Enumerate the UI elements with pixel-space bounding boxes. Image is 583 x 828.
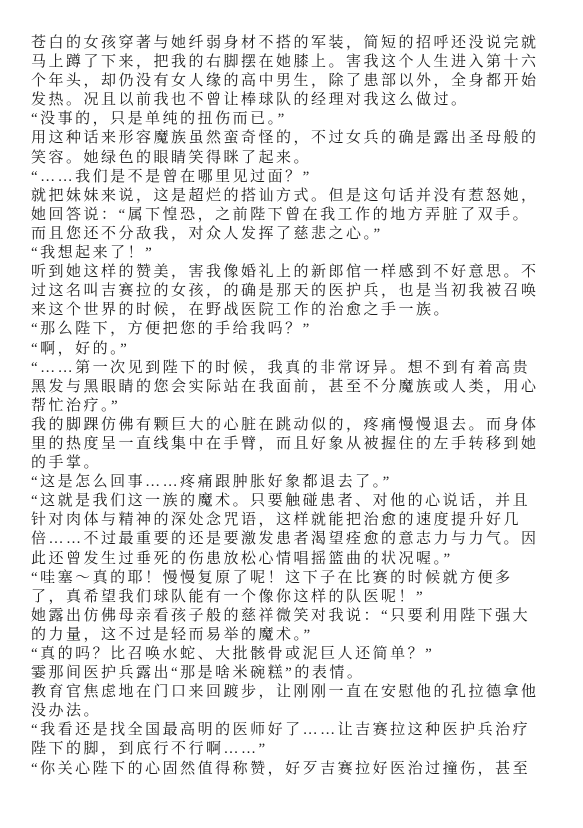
text-line: “我看还是找全国最高明的医师好了……让吉赛拉这种医护兵治疗 [31, 721, 555, 740]
text-line: “啊，好的。” [31, 340, 555, 359]
text-line: 霎那间医护兵露出“那是啥米碗糕”的表情。 [31, 664, 555, 683]
text-line: 她回答说：“属下惶恐，之前陛下曾在我工作的地方弄脏了双手。 [31, 206, 555, 225]
text-line: 笑容。她绿色的眼睛笑得眯了起来。 [31, 149, 555, 168]
text-line: 个年头，却仍没有女人缘的高中男生，除了患部以外，全身都开始 [31, 72, 555, 91]
text-line: 的手掌。 [31, 454, 555, 473]
text-line: 没办法。 [31, 702, 555, 721]
text-line: 而且您还不分敌我，对众人发挥了慈悲之心。” [31, 225, 555, 244]
text-line: 用这种话来形容魔族虽然蛮奇怪的，不过女兵的确是露出圣母般的 [31, 129, 555, 148]
text-line: 她露出仿佛母亲看孩子般的慈祥微笑对我说：“只要利用陛下强大 [31, 607, 555, 626]
text-line: “哇塞～真的耶！慢慢复原了呢！这下子在比赛的时候就方便多 [31, 569, 555, 588]
text-line: 我的脚踝仿佛有颗巨大的心脏在跳动似的，疼痛慢慢退去。而身体 [31, 416, 555, 435]
text-line: 帮忙治疗。” [31, 397, 555, 416]
text-line: 教育官焦虑地在门口来回踱步，让刚刚一直在安慰他的孔拉德拿他 [31, 683, 555, 702]
text-line: 倍……不过最重要的还是要激发患者渴望痊愈的意志力与力气。因 [31, 530, 555, 549]
text-line: “我想起来了！” [31, 244, 555, 263]
text-line: 针对肉体与精神的深处念咒语，这样就能把治愈的速度提升好几 [31, 511, 555, 530]
text-line: 黑发与黑眼睛的您会实际站在我面前，甚至不分魔族或人类，用心 [31, 378, 555, 397]
text-line: 就把妹妹来说，这是超烂的搭讪方式。但是这句话并没有惹怒她， [31, 187, 555, 206]
text-line: “真的吗？比召唤水蛇、大批骸骨或泥巨人还简单？” [31, 645, 555, 664]
text-line: “……第一次见到陛下的时候，我真的非常讶异。想不到有着高贵 [31, 359, 555, 378]
text-line: 里的热度呈一直线集中在手臂，而且好象从被握住的左手转移到她 [31, 435, 555, 454]
text-line: 此还曾发生过垂死的伤患放松心情唱摇篮曲的状况喔。” [31, 550, 555, 569]
text-line: “那么陛下，方便把您的手给我吗？” [31, 320, 555, 339]
text-line: 苍白的女孩穿著与她纤弱身材不搭的军装，简短的招呼还没说完就 [31, 34, 555, 53]
text-line: “你关心陛下的心固然值得称赞，好歹吉赛拉好医治过撞伤，甚至 [31, 760, 555, 779]
text-line: 马上蹲了下来，把我的右脚摆在她膝上。害我这个人生进入第十六 [31, 53, 555, 72]
text-line: 听到她这样的赞美，害我像婚礼上的新郎倌一样感到不好意思。不 [31, 263, 555, 282]
text-line: “……我们是不是曾在哪里见过面？” [31, 168, 555, 187]
text-line: “这是怎么回事……疼痛跟肿胀好象都退去了。” [31, 473, 555, 492]
text-line: 来这个世界的时候，在野战医院工作的治愈之手一族。 [31, 301, 555, 320]
text-line: 陛下的脚，到底行不行啊……” [31, 740, 555, 759]
text-line: 过这名叫吉赛拉的女孩，的确是那天的医护兵，也是当初我被召唤 [31, 282, 555, 301]
text-line: “没事的，只是单纯的扭伤而已。” [31, 110, 555, 129]
text-line: “这就是我们这一族的魔术。只要触碰患者、对他的心说话，并且 [31, 492, 555, 511]
text-line: 发热。况且以前我也不曾让棒球队的经理对我这么做过。 [31, 91, 555, 110]
text-line: 的力量，这不过是轻而易举的魔术。” [31, 626, 555, 645]
document-page: 苍白的女孩穿著与她纤弱身材不搭的军装，简短的招呼还没说完就马上蹲了下来，把我的右… [0, 0, 583, 828]
page-text: 苍白的女孩穿著与她纤弱身材不搭的军装，简短的招呼还没说完就马上蹲了下来，把我的右… [31, 34, 555, 779]
text-line: 了，真希望我们球队能有一个像你这样的队医呢！” [31, 588, 555, 607]
